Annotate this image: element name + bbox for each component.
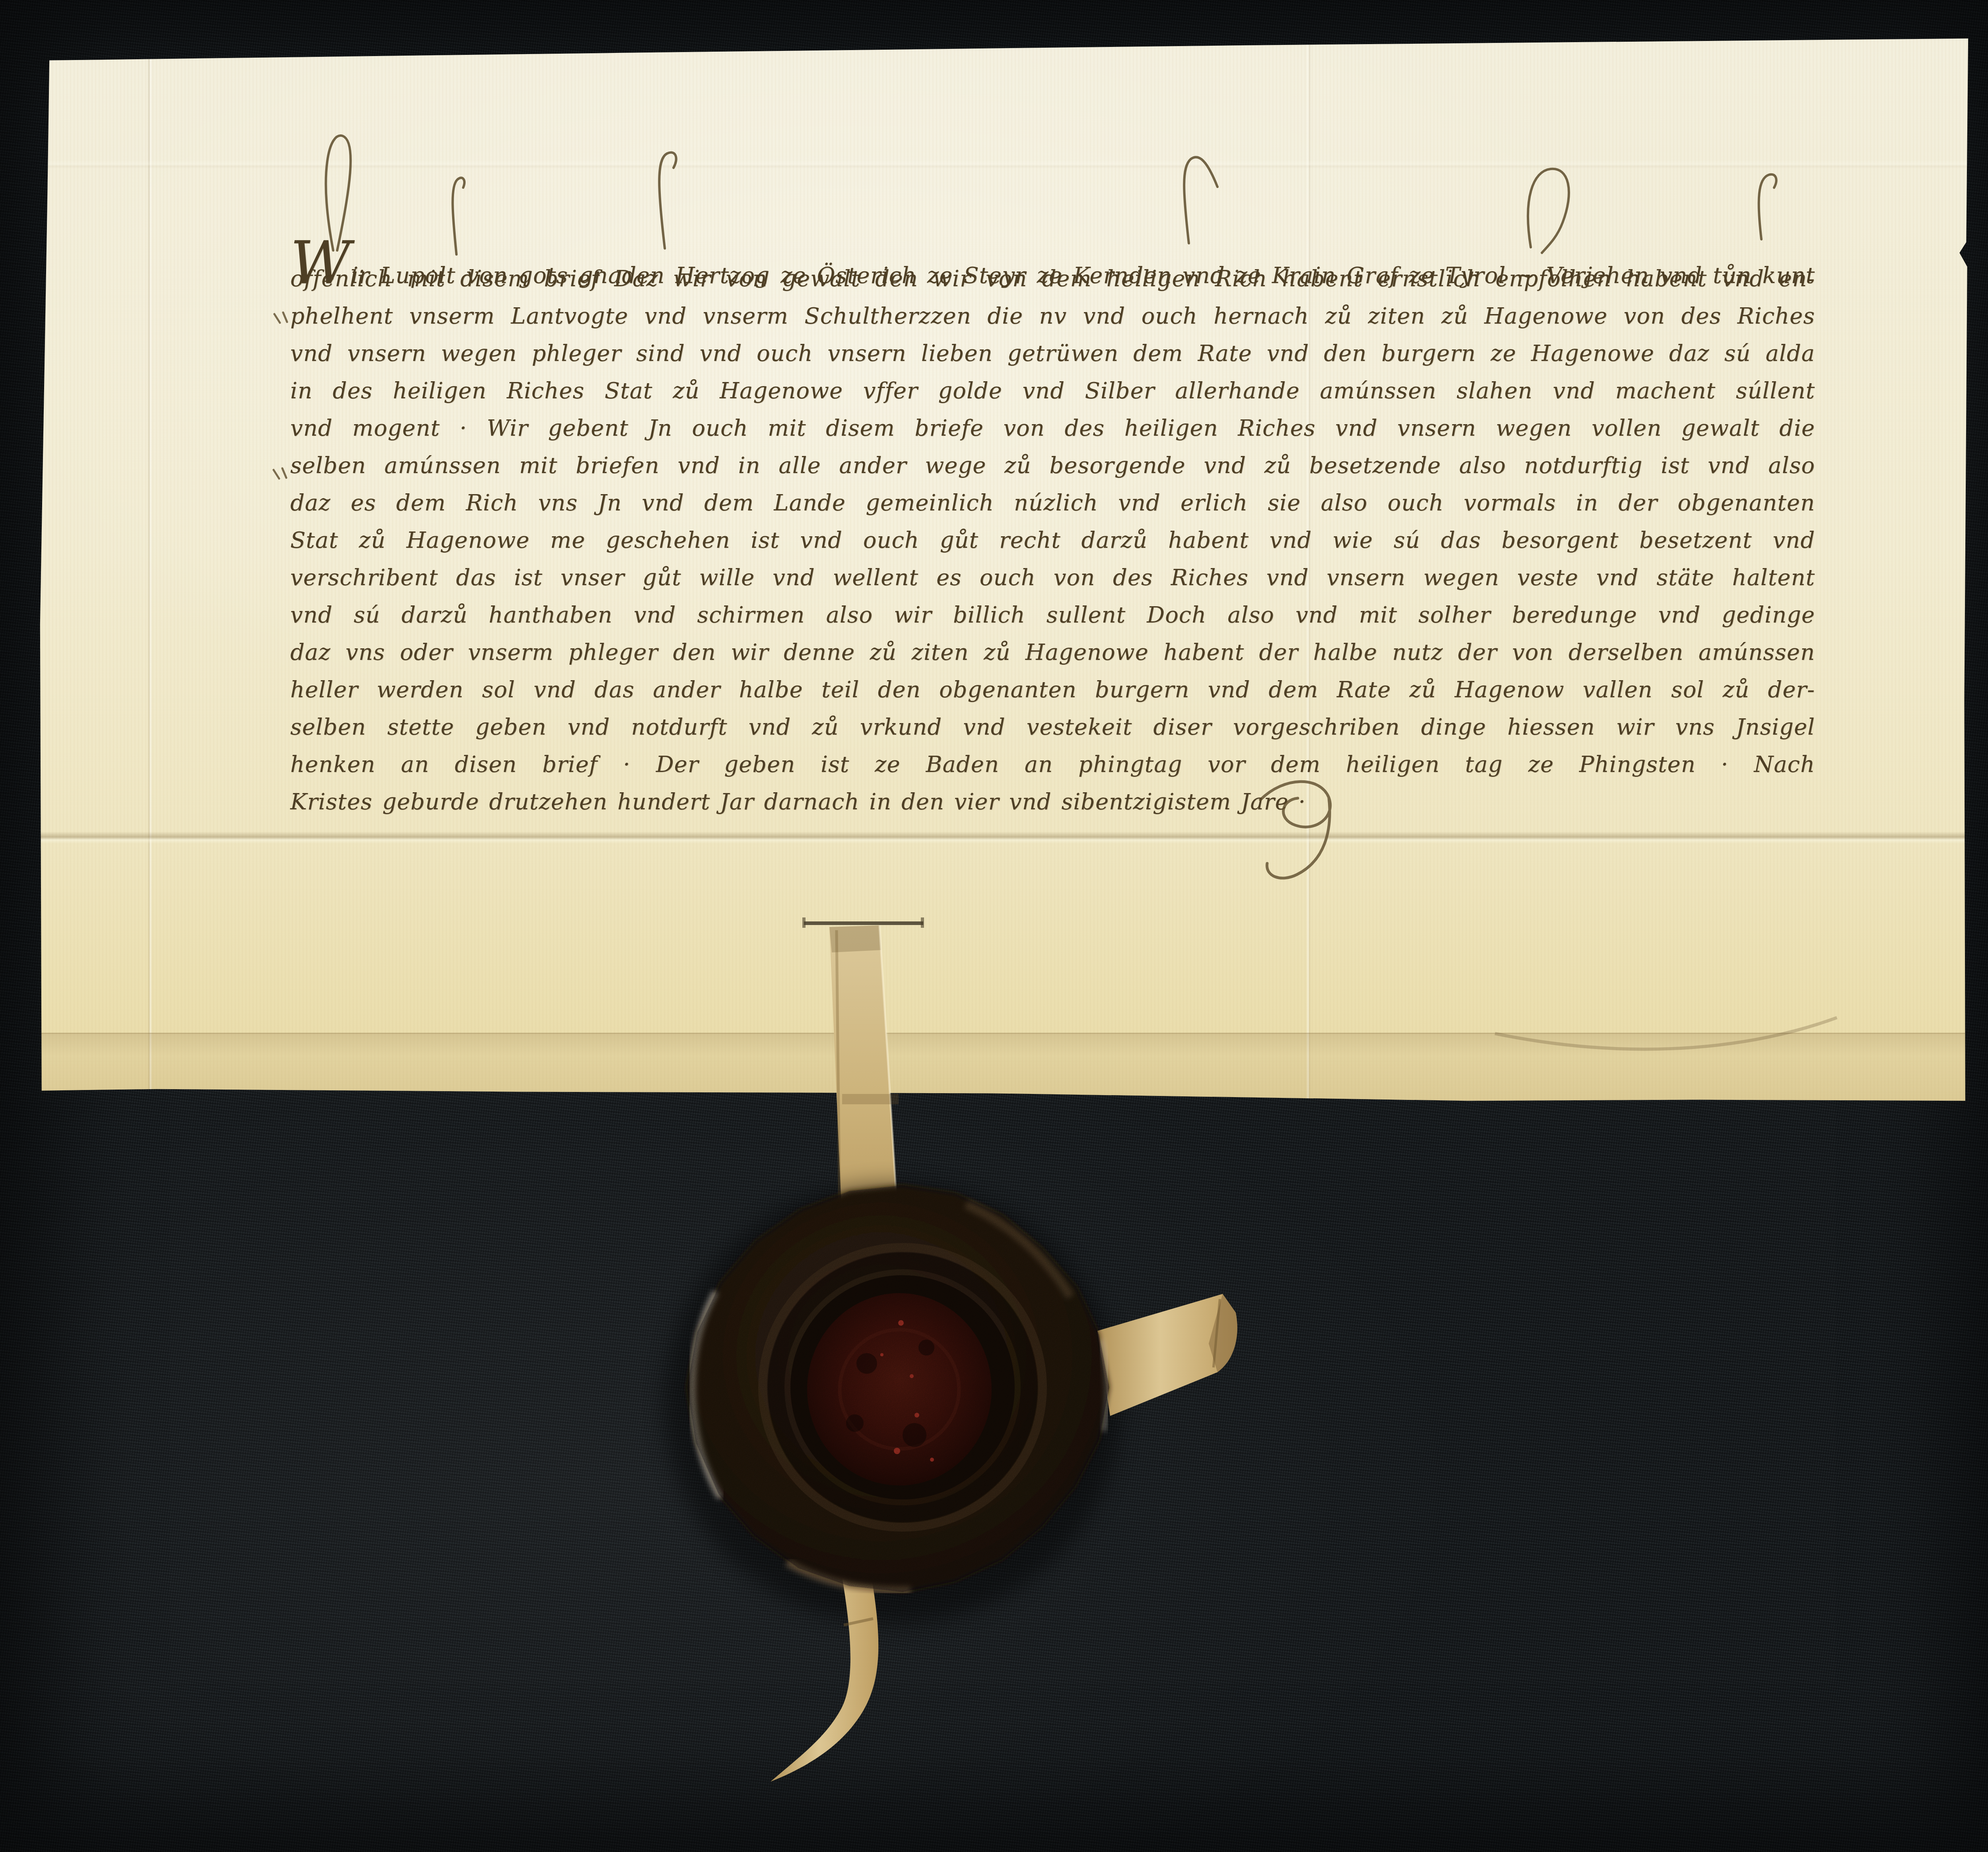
text-line: daz es dem Rich vns Jn vnd dem Lande gem…	[290, 490, 1815, 527]
text-line: phelhent vnserm Lantvogte vnd vnserm Sch…	[290, 303, 1815, 341]
text-line: offenlich mit disem brief Daz wir von ge…	[290, 266, 1815, 303]
fold-crease-vertical-left	[148, 36, 152, 1105]
text-line: selben amúnssen mit briefen vnd in alle …	[290, 453, 1815, 490]
text-line: vnd vnsern wegen phleger sind vnd ouch v…	[290, 341, 1815, 378]
text-line: vnd mogent · Wir gebent Jn ouch mit dise…	[290, 415, 1815, 453]
text-line: Wir Lupolt von gots gnaden Hertzog ze Ös…	[290, 229, 1815, 266]
text-line: heller werden sol vnd das ander halbe te…	[290, 677, 1815, 714]
charter-text: Wir Lupolt von gots gnaden Hertzog ze Ös…	[290, 229, 1815, 826]
text-line: vnd sú darzů hanthaben vnd schirmen also…	[290, 602, 1815, 640]
text-line: selben stette geben vnd notdurft vnd zů …	[290, 714, 1815, 752]
text-line: verschribent das ist vnser gůt wille vnd…	[290, 565, 1815, 602]
charter-photo: Wir Lupolt von gots gnaden Hertzog ze Ös…	[0, 0, 1988, 1852]
text-line: henken an disen brief · Der geben ist ze…	[290, 752, 1815, 789]
text-line: Kristes geburde drutzehen hundert Jar da…	[290, 789, 1815, 826]
fold-crease-horizontal	[38, 832, 1970, 844]
text-line: in des heiligen Riches Stat zů Hagenowe …	[290, 378, 1815, 415]
text-line: Stat zů Hagenowe me geschehen ist vnd ou…	[290, 527, 1815, 565]
fold-crease-horizontal-top	[38, 160, 1970, 169]
text-line: daz vns oder vnserm phleger den wir denn…	[290, 640, 1815, 677]
